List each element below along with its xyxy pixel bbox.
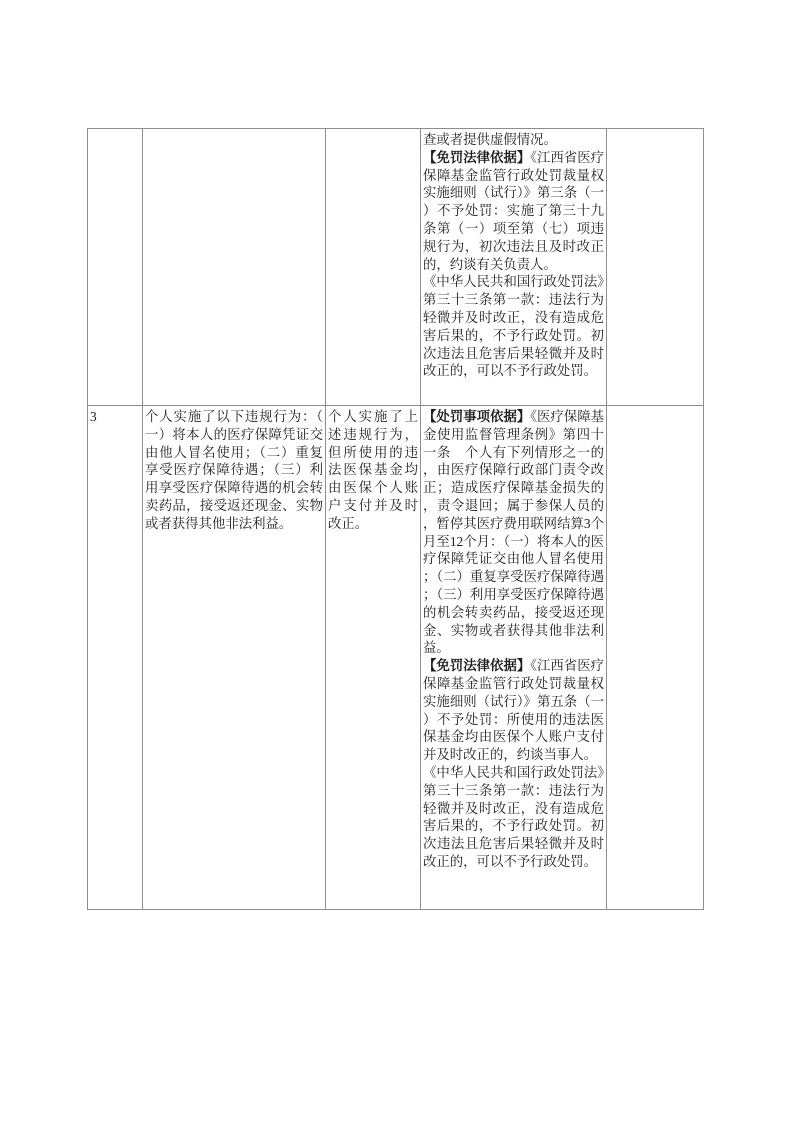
mitigation-cell: [326, 129, 421, 406]
violation-cell: 个人实施了以下违规行为：（一）将本人的医疗保障凭证交由他人冒名使用；（二）重复享…: [143, 406, 326, 910]
legal-basis-cell: 【处罚事项依据】《医疗保障基金使用监督管理条例》第四十一条 个人有下列情形之一的…: [421, 406, 607, 910]
table-row-item-3: 3 个人实施了以下违规行为：（一）将本人的医疗保障凭证交由他人冒名使用；（二）重…: [88, 406, 704, 910]
seq-cell: [88, 129, 143, 406]
exemption-basis-text: 《江西省医疗保障基金监管行政处罚裁量权实施细则（试行）》第三条（一）不予处罚：实…: [423, 150, 604, 272]
exemption-basis-text: 《江西省医疗保障基金监管行政处罚裁量权实施细则（试行）》第五条（一）不予处罚：所…: [423, 658, 604, 762]
exemption-basis-label: 【免罚法律依据】: [423, 150, 530, 165]
exemption-basis-label: 【免罚法律依据】: [423, 658, 530, 673]
basis-exemption-paragraph: 【免罚法律依据】《江西省医疗保障基金监管行政处罚裁量权实施细则（试行）》第五条（…: [423, 657, 604, 764]
seq-cell: 3: [88, 406, 143, 910]
basis-law-paragraph: 《中华人民共和国行政处罚法》第三十三条第一款：违法行为轻微并及时改正，没有造成危…: [423, 764, 604, 871]
violation-cell: [143, 129, 326, 406]
penalty-rules-table: 查或者提供虚假情况。 【免罚法律依据】《江西省医疗保障基金监管行政处罚裁量权实施…: [87, 128, 704, 910]
table-row-continuation: 查或者提供虚假情况。 【免罚法律依据】《江西省医疗保障基金监管行政处罚裁量权实施…: [88, 129, 704, 406]
penalty-basis-label: 【处罚事项依据】: [423, 409, 530, 424]
document-page: 查或者提供虚假情况。 【免罚法律依据】《江西省医疗保障基金监管行政处罚裁量权实施…: [0, 0, 793, 1122]
remark-cell: [607, 129, 704, 406]
basis-law-paragraph: 《中华人民共和国行政处罚法》第三十三条第一款：违法行为轻微并及时改正，没有造成危…: [423, 273, 604, 380]
legal-basis-cell: 查或者提供虚假情况。 【免罚法律依据】《江西省医疗保障基金监管行政处罚裁量权实施…: [421, 129, 607, 406]
mitigation-cell: 个人实施了上述违规行为，但所使用的违法医保基金均由医保个人账户支付并及时改正。: [326, 406, 421, 910]
basis-continued-text: 查或者提供虚假情况。: [423, 131, 604, 149]
basis-exemption-paragraph: 【免罚法律依据】《江西省医疗保障基金监管行政处罚裁量权实施细则（试行）》第三条（…: [423, 149, 604, 274]
penalty-basis-text: 《医疗保障基金使用监督管理条例》第四十一条 个人有下列情形之一的，由医疗保障行政…: [423, 409, 604, 655]
remark-cell: [607, 406, 704, 910]
basis-penalty-paragraph: 【处罚事项依据】《医疗保障基金使用监督管理条例》第四十一条 个人有下列情形之一的…: [423, 408, 604, 657]
